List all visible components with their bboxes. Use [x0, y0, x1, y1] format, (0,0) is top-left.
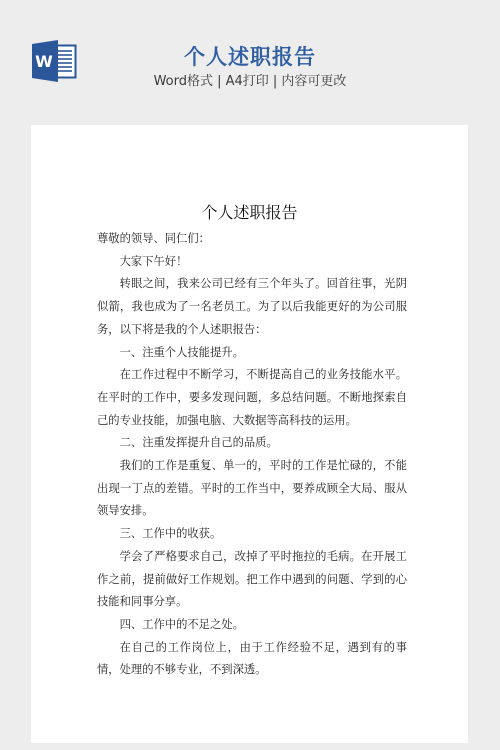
section-body-1: 在工作过程中不断学习，不断提高自己的业务技能水平。在平时的工作中，要多发现问题，… — [97, 364, 407, 432]
section-body-4: 在自己的工作岗位上，由于工作经验不足，遇到有的事情，处理的不够专业，不到深透。 — [97, 637, 407, 682]
section-body-2: 我们的工作是重复、单一的，平时的工作是忙碌的，不能出现一丁点的差错。平时的工作当… — [97, 455, 407, 523]
page-title: 个人述职报告 — [0, 44, 500, 70]
salutation: 尊敬的领导、同仁们： — [97, 228, 407, 251]
page-subtitle: Word格式 | A4打印 | 内容可更改 — [0, 73, 500, 91]
section-body-3: 学会了严格要求自己，改掉了平时拖拉的毛病。在开展工作之前，提前做好工作规划。把工… — [97, 546, 407, 614]
greeting: 大家下午好！ — [97, 251, 407, 274]
document-page: 个人述职报告 尊敬的领导、同仁们： 大家下午好！ 转眼之间，我来公司已经有三个年… — [31, 125, 468, 743]
document-title: 个人述职报告 — [31, 202, 468, 224]
section-heading-4: 四、工作中的不足之处。 — [97, 614, 407, 637]
document-body: 尊敬的领导、同仁们： 大家下午好！ 转眼之间，我来公司已经有三个年头了。回首往事… — [97, 228, 407, 682]
section-heading-1: 一、注重个人技能提升。 — [97, 342, 407, 365]
section-heading-2: 二、注重发挥提升自己的品质。 — [97, 432, 407, 455]
section-heading-3: 三、工作中的收获。 — [97, 523, 407, 546]
intro-paragraph: 转眼之间，我来公司已经有三个年头了。回首往事，光阴似箭，我也成为了一名老员工。为… — [97, 273, 407, 341]
